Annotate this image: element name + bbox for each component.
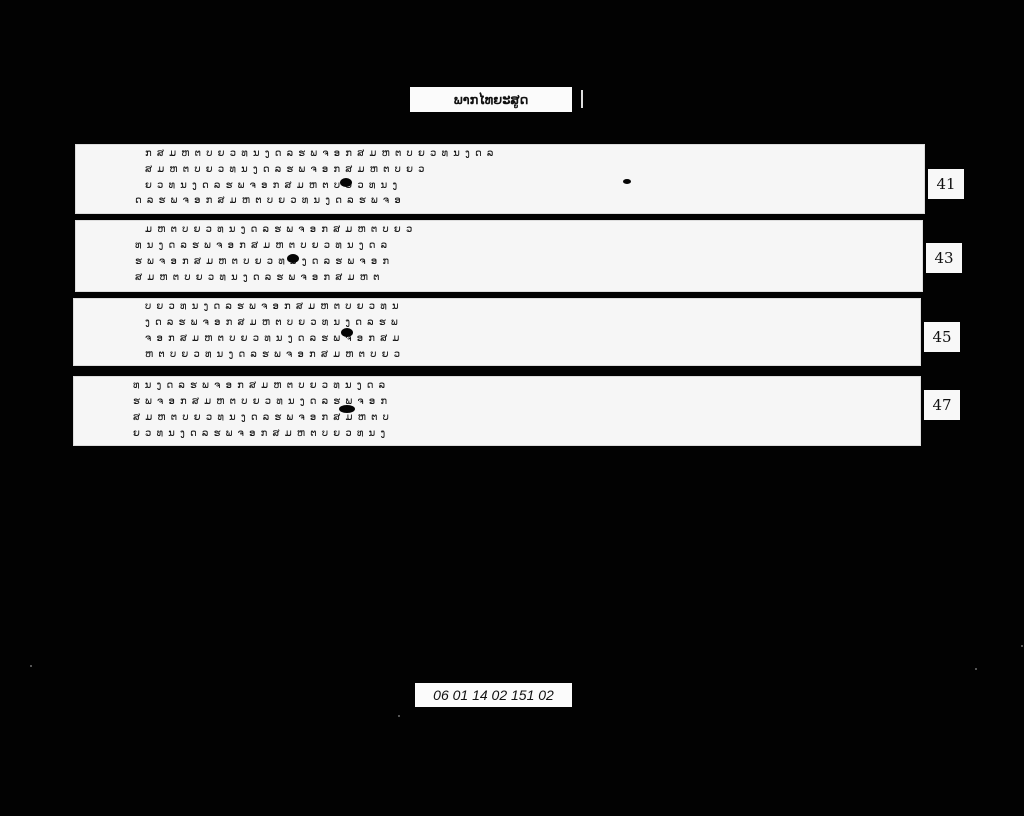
title-tick-mark — [581, 90, 583, 108]
leaf-line: ບ ຍ ວ ທ ນ ງ ດ ລ ຮ ພ ຈ ອ ກ ສ ມ ຫ ຕ ບ ຍ ວ … — [145, 300, 915, 313]
leaf-line: ມ ຫ ຕ ບ ຍ ວ ທ ນ ງ ດ ລ ຮ ພ ຈ ອ ກ ສ ມ ຫ ຕ … — [145, 223, 915, 236]
palm-leaf-45: ບ ຍ ວ ທ ນ ງ ດ ລ ຮ ພ ຈ ອ ກ ສ ມ ຫ ຕ ບ ຍ ວ … — [73, 298, 921, 366]
palm-leaf-47: ທ ນ ງ ດ ລ ຮ ພ ຈ ອ ກ ສ ມ ຫ ຕ ບ ຍ ວ ທ ນ ງ … — [73, 376, 921, 446]
binding-hole — [623, 179, 631, 184]
leaf-line: ຍ ວ ທ ນ ງ ດ ລ ຮ ພ ຈ ອ ກ ສ ມ ຫ ຕ ບ ຍ ວ ທ … — [145, 179, 915, 192]
page-number-41: 41 — [928, 169, 964, 199]
binding-hole — [287, 254, 299, 263]
binding-hole — [341, 328, 353, 337]
page-number-47: 47 — [924, 390, 960, 420]
leaf-line: ສ ມ ຫ ຕ ບ ຍ ວ ທ ນ ງ ດ ລ ຮ ພ ຈ ອ ກ ສ ມ ຫ … — [133, 411, 913, 424]
archive-id-label: 06 01 14 02 151 02 — [415, 683, 572, 707]
leaf-line: ກ ສ ມ ຫ ຕ ບ ຍ ວ ທ ນ ງ ດ ລ ຮ ພ ຈ ອ ກ ສ ມ … — [145, 147, 915, 160]
leaf-line: ຈ ອ ກ ສ ມ ຫ ຕ ບ ຍ ວ ທ ນ ງ ດ ລ ຮ ພ ຈ ອ ກ … — [145, 332, 915, 345]
binding-hole — [340, 178, 352, 187]
leaf-line: ງ ດ ລ ຮ ພ ຈ ອ ກ ສ ມ ຫ ຕ ບ ຍ ວ ທ ນ ງ ດ ລ … — [145, 316, 915, 329]
leaf-line: ສ ມ ຫ ຕ ບ ຍ ວ ທ ນ ງ ດ ລ ຮ ພ ຈ ອ ກ ສ ມ ຫ … — [145, 163, 915, 176]
leaf-line: ຍ ວ ທ ນ ງ ດ ລ ຮ ພ ຈ ອ ກ ສ ມ ຫ ຕ ບ ຍ ວ ທ … — [133, 427, 913, 440]
dust-speck — [30, 665, 32, 667]
leaf-line: ຮ ພ ຈ ອ ກ ສ ມ ຫ ຕ ບ ຍ ວ ທ ນ ງ ດ ລ ຮ ພ ຈ … — [135, 255, 915, 268]
leaf-line: ທ ນ ງ ດ ລ ຮ ພ ຈ ອ ກ ສ ມ ຫ ຕ ບ ຍ ວ ທ ນ ງ … — [135, 239, 915, 252]
palm-leaf-41: ກ ສ ມ ຫ ຕ ບ ຍ ວ ທ ນ ງ ດ ລ ຮ ພ ຈ ອ ກ ສ ມ … — [75, 144, 925, 214]
manuscript-title-label: ພາກໄທຍະສູດ — [410, 87, 572, 112]
page-number-45: 45 — [924, 322, 960, 352]
leaf-line: ດ ລ ຮ ພ ຈ ອ ກ ສ ມ ຫ ຕ ບ ຍ ວ ທ ນ ງ ດ ລ ຮ … — [135, 194, 915, 207]
dust-speck — [1021, 645, 1023, 647]
page-number-43: 43 — [926, 243, 962, 273]
leaf-line: ຮ ພ ຈ ອ ກ ສ ມ ຫ ຕ ບ ຍ ວ ທ ນ ງ ດ ລ ຮ ພ ຈ … — [133, 395, 913, 408]
dust-speck — [975, 668, 977, 670]
leaf-line: ຫ ຕ ບ ຍ ວ ທ ນ ງ ດ ລ ຮ ພ ຈ ອ ກ ສ ມ ຫ ຕ ບ … — [145, 348, 915, 361]
dust-speck — [398, 715, 400, 717]
palm-leaf-43: ມ ຫ ຕ ບ ຍ ວ ທ ນ ງ ດ ລ ຮ ພ ຈ ອ ກ ສ ມ ຫ ຕ … — [75, 220, 923, 292]
leaf-line: ສ ມ ຫ ຕ ບ ຍ ວ ທ ນ ງ ດ ລ ຮ ພ ຈ ອ ກ ສ ມ ຫ … — [135, 271, 915, 284]
binding-hole — [339, 405, 355, 413]
leaf-line: ທ ນ ງ ດ ລ ຮ ພ ຈ ອ ກ ສ ມ ຫ ຕ ບ ຍ ວ ທ ນ ງ … — [133, 379, 913, 392]
